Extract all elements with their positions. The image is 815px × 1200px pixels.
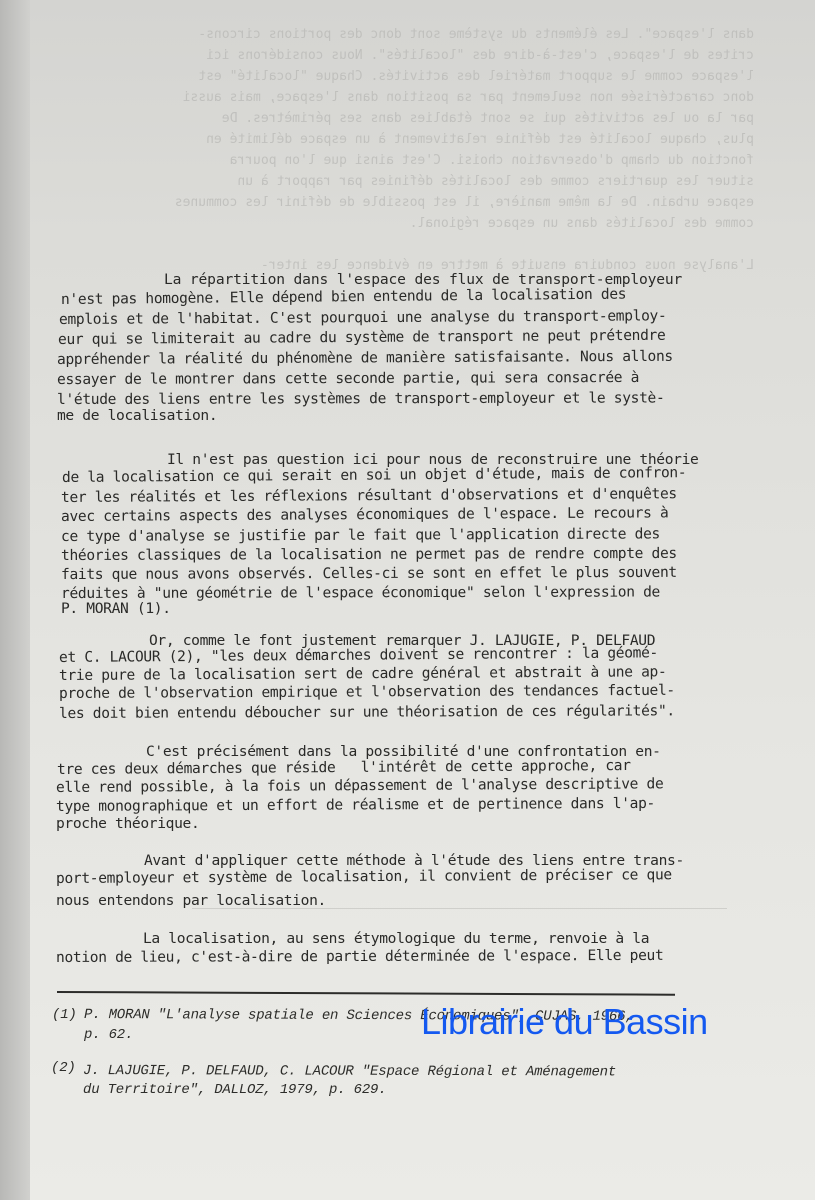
text-line: essayer de le montrer dans cette seconde…: [57, 369, 639, 389]
footnote-text: du Territoire", DALLOZ, 1979, p. 629.: [83, 1081, 386, 1099]
text-line: port-employeur et système de localisatio…: [56, 866, 672, 888]
text-line: les doit bien entendu déboucher sur une …: [59, 702, 675, 723]
bleed-line: espace urbain. De la même manière, il es…: [175, 192, 754, 213]
faint-divider: [192, 908, 727, 909]
bleed-line: donc caractérisée non seulement par sa p…: [183, 87, 754, 108]
footnote-marker: (2): [51, 1059, 76, 1077]
bleed-line: plus, chaque localité est définie relati…: [206, 129, 754, 150]
text-line: emplois et de l'habitat. C'est pourquoi …: [59, 307, 667, 329]
text-line: appréhender la réalité du phénomène de m…: [57, 348, 673, 369]
bleed-line: dans l'espace". Les éléments du système …: [198, 24, 754, 45]
footnote-text: p. 62.: [84, 1026, 133, 1044]
text-line: ter les réalités et les réflexions résul…: [61, 485, 677, 507]
text-line: avec certains aspects des analyses écono…: [61, 504, 669, 526]
text-line: faits que nous avons observés. Celles-ci…: [61, 564, 677, 584]
text-line: me de localisation.: [57, 407, 217, 425]
text-line: théories classiques de la localisation n…: [61, 545, 677, 565]
watermark: Librairie du Bassin: [421, 1000, 708, 1044]
text-line: La localisation, au sens étymologique du…: [143, 930, 649, 948]
bleed-line: crites de l'espace, c'est-à-dire des "lo…: [206, 45, 754, 66]
bleed-line: situer les quartiers comme des localités…: [237, 171, 754, 192]
text-line: ce type d'analyse se justifie par le fai…: [61, 525, 660, 546]
text-line: proche théorique.: [56, 815, 199, 833]
text-line: proche de l'observation empirique et l'o…: [59, 682, 675, 703]
text-line: type monographique et un effort de réali…: [56, 795, 655, 816]
bleed-line: par la ou les activités qui se sont étab…: [222, 108, 754, 129]
footnote-text: J. LAJUGIE, P. DELFAUD, C. LACOUR "Espac…: [83, 1062, 616, 1081]
footnote-marker: (1): [52, 1006, 77, 1024]
bleed-line: fonction du champ d'observation choisi. …: [230, 150, 754, 171]
bleed-line: l'espace comme le support matériel des a…: [198, 66, 754, 87]
bleed-line: comme des localités dans un espace régio…: [410, 213, 754, 234]
text-line: P. MORAN (1).: [61, 600, 171, 618]
text-line: elle rend possible, à la fois un dépasse…: [56, 775, 664, 797]
text-line: notion de lieu, c'est-à-dire de partie d…: [56, 947, 663, 967]
